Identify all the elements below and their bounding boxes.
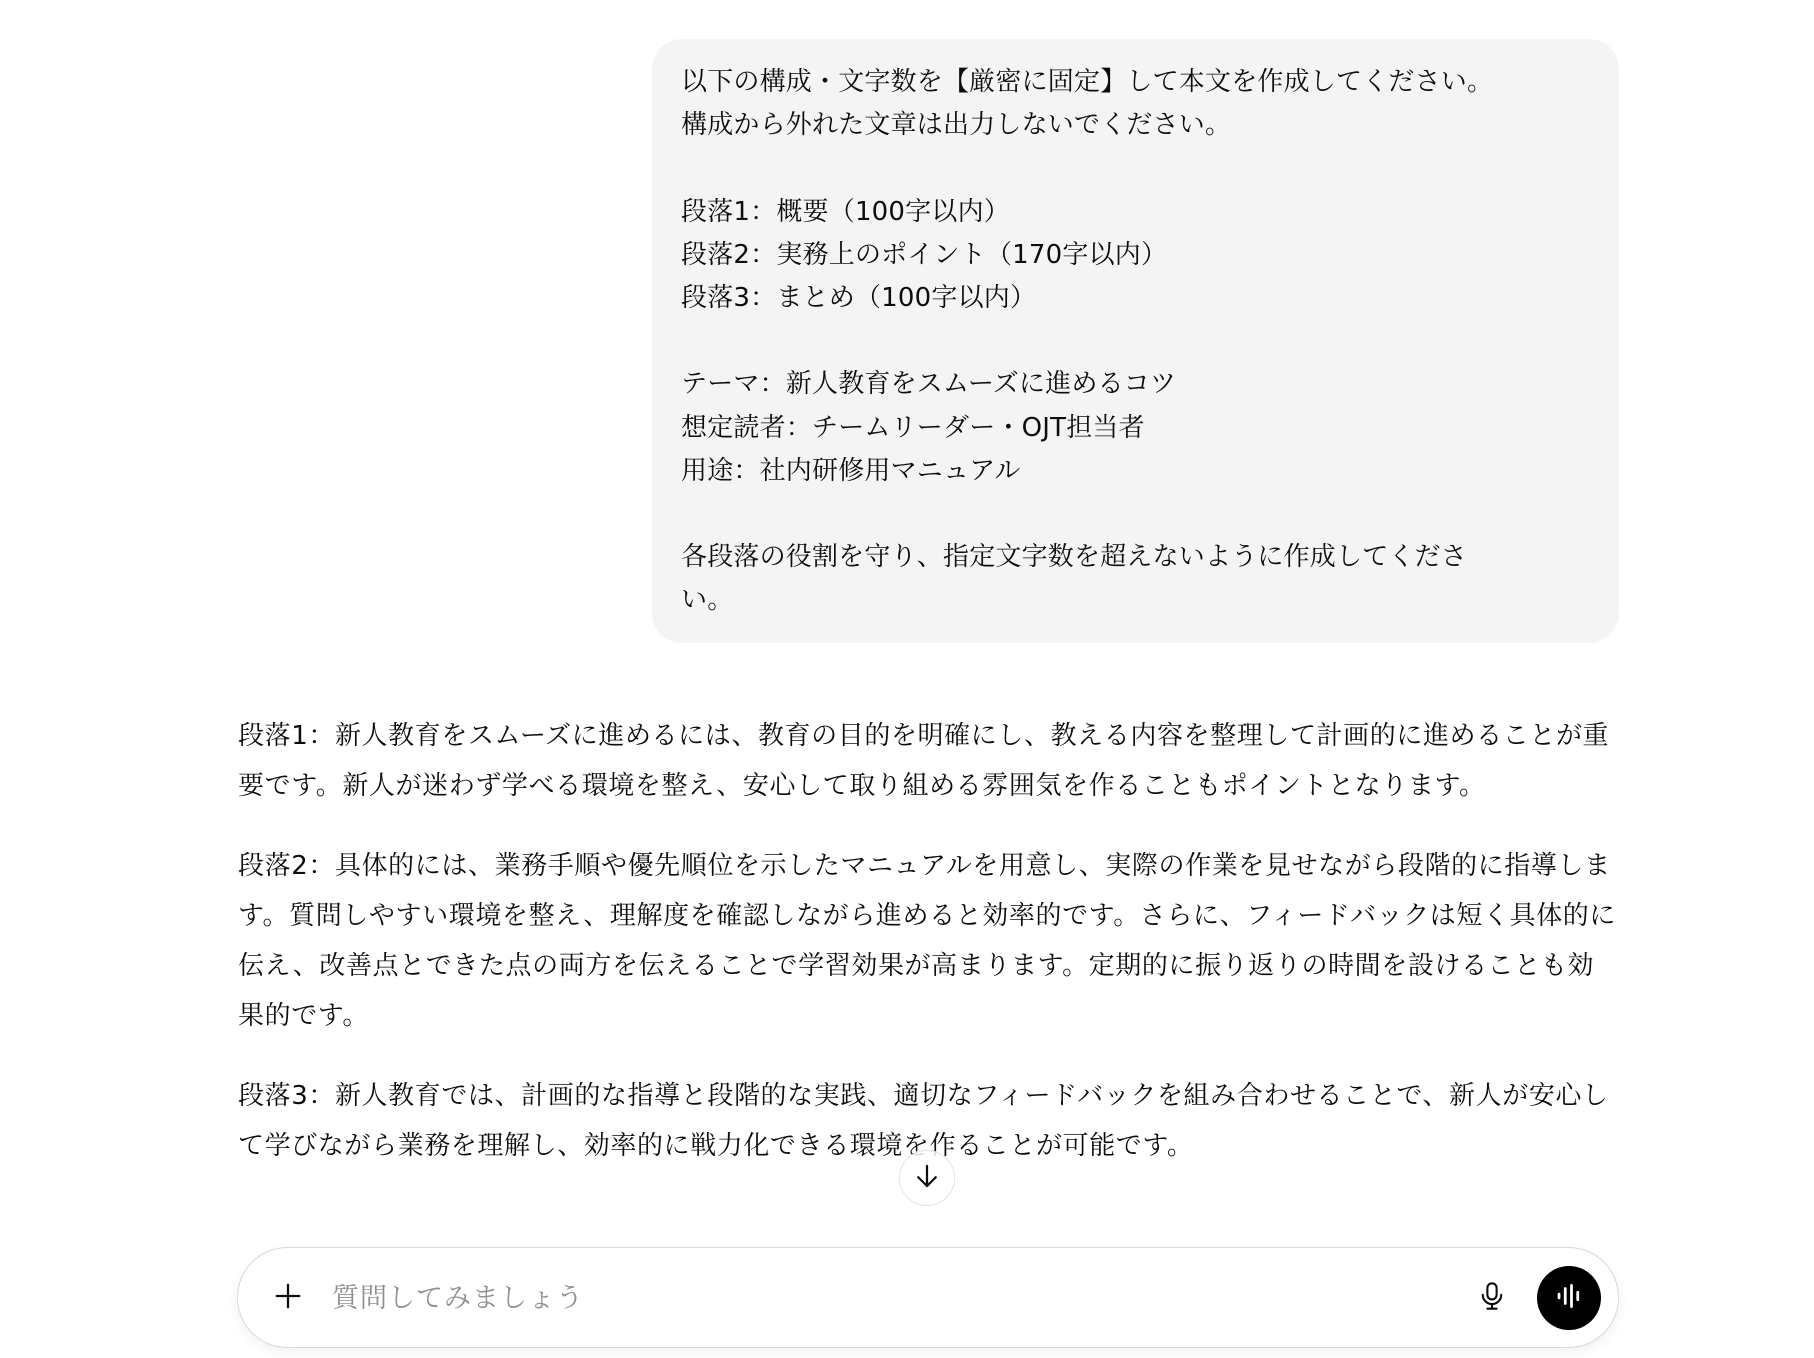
user-message-line: 段落2：実務上のポイント（170字以内）: [681, 234, 1591, 277]
assistant-paragraph-1: 段落1：新人教育をスムーズに進めるには、教育の目的を明確にし、教える内容を整理し…: [238, 711, 1618, 811]
dictate-button[interactable]: [1470, 1276, 1514, 1320]
user-message-bubble: 以下の構成・文字数を【厳密に固定】して本文を作成してください。 構成から外れた文…: [652, 39, 1619, 643]
arrow-down-icon: [912, 1161, 942, 1195]
user-message-line: い。: [681, 579, 1591, 622]
user-message-line: 各段落の役割を守り、指定文字数を超えないように作成してくださ: [681, 536, 1591, 579]
user-message-line: 構成から外れた文章は出力しないでください。: [681, 104, 1591, 147]
assistant-message: 段落1：新人教育をスムーズに進めるには、教育の目的を明確にし、教える内容を整理し…: [238, 711, 1618, 1201]
plus-icon: [273, 1281, 303, 1315]
user-message-line: [681, 147, 1591, 190]
user-message-line: [681, 320, 1591, 363]
user-message-line: [681, 493, 1591, 536]
voice-mode-button[interactable]: [1537, 1266, 1601, 1330]
assistant-paragraph-2: 段落2：具体的には、業務手順や優先順位を示したマニュアルを用意し、実際の作業を見…: [238, 841, 1618, 1041]
voice-mode-icon: [1554, 1281, 1584, 1315]
user-message-line: 段落3：まとめ（100字以内）: [681, 277, 1591, 320]
message-composer: [237, 1247, 1619, 1348]
microphone-icon: [1478, 1281, 1506, 1315]
user-message-line: 以下の構成・文字数を【厳密に固定】して本文を作成してください。: [681, 61, 1591, 104]
scroll-to-bottom-button[interactable]: [899, 1150, 955, 1206]
add-attachment-button[interactable]: [266, 1276, 310, 1320]
user-message-line: 段落1：概要（100字以内）: [681, 191, 1591, 234]
user-message-line: 想定読者：チームリーダー・OJT担当者: [681, 407, 1591, 450]
user-message-line: 用途：社内研修用マニュアル: [681, 450, 1591, 493]
user-message-line: テーマ：新人教育をスムーズに進めるコツ: [681, 363, 1591, 406]
prompt-input[interactable]: [332, 1272, 1432, 1324]
